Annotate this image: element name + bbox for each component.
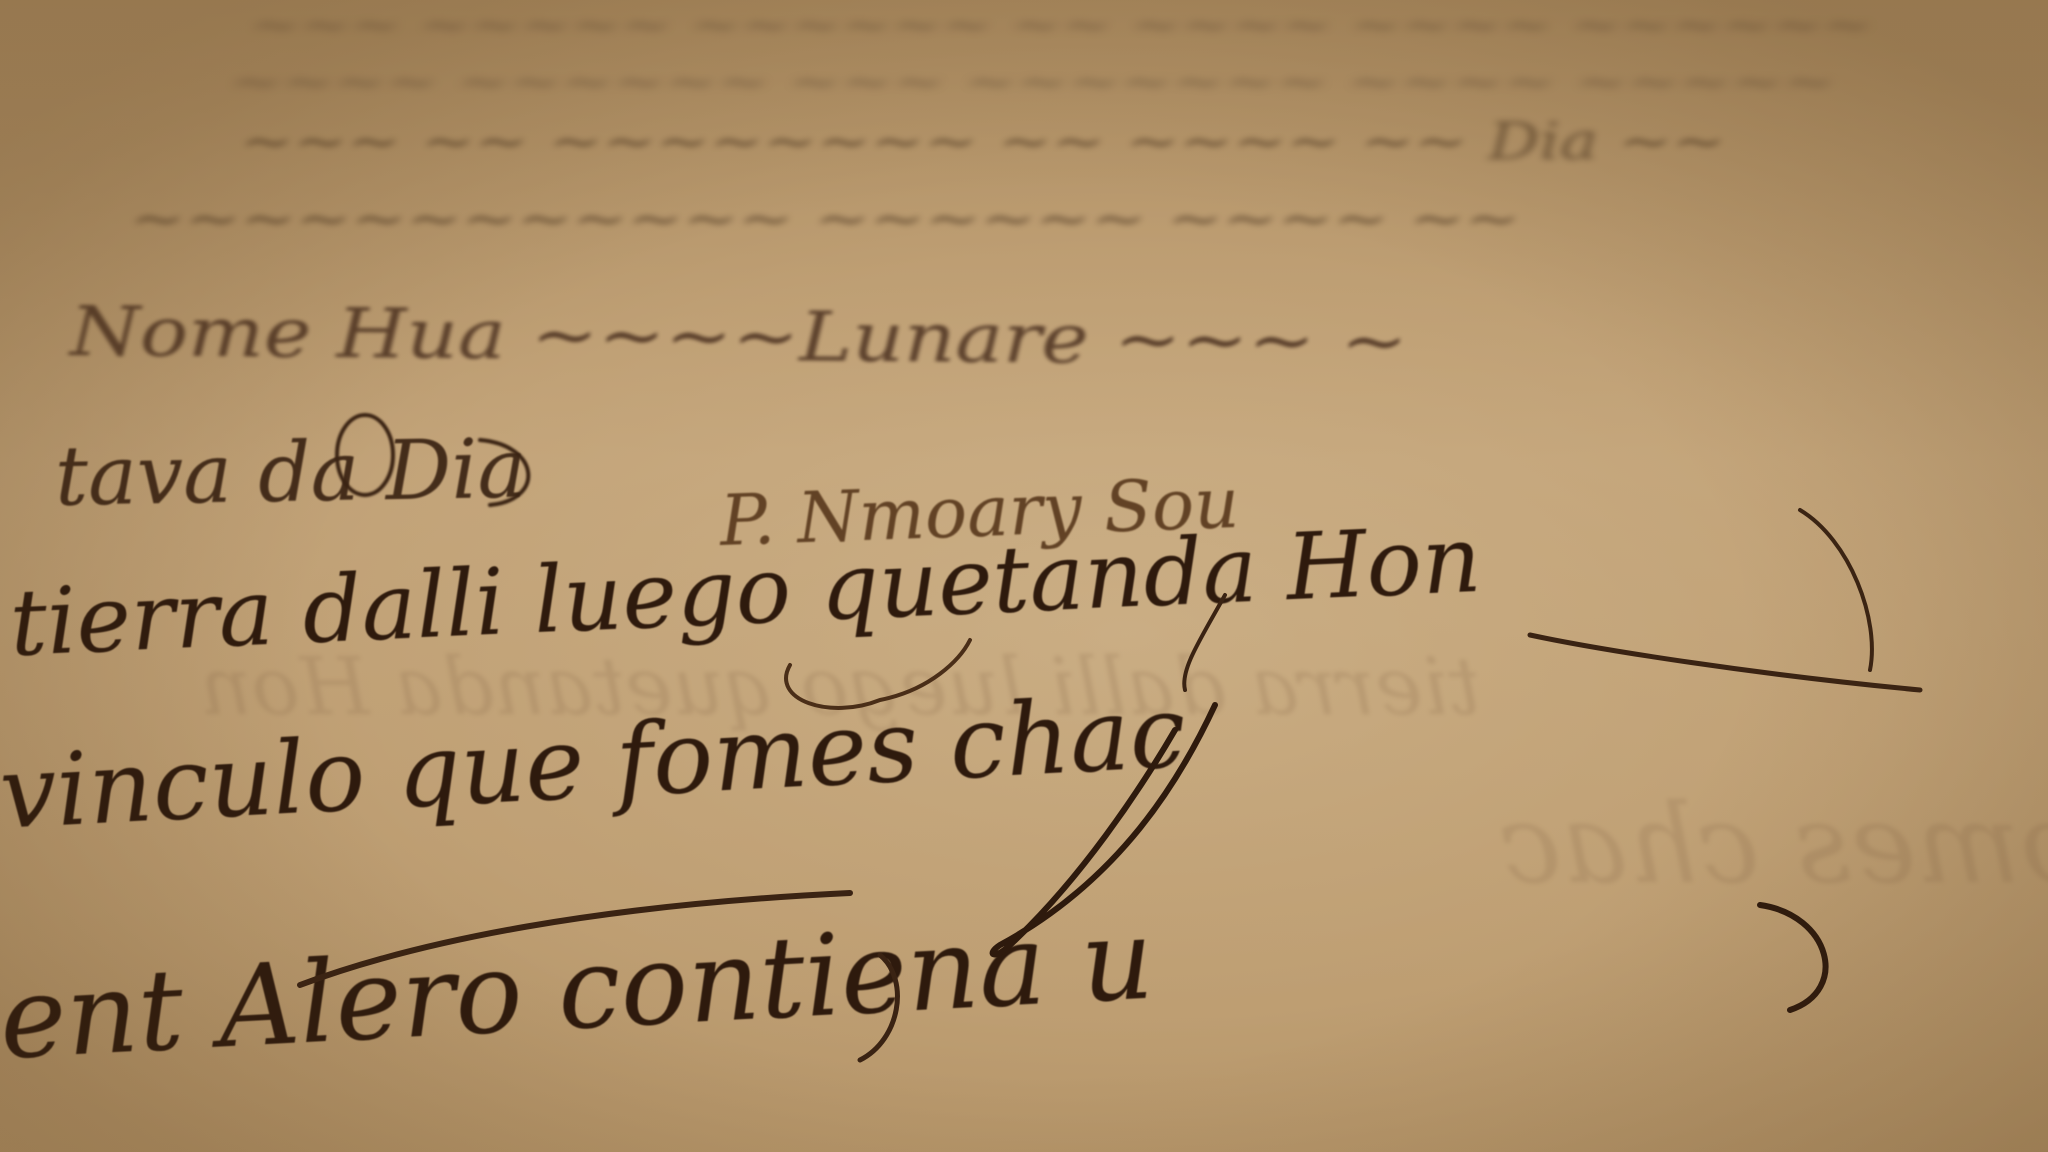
manuscript-line-1: ~~~ ~~~~~ ~~~~~~ ~~ ~~~~ ~~~~ ~~~~~~ bbox=[250, 0, 1873, 51]
ink-bleed-through: vinculo que fomes chac bbox=[1500, 780, 2048, 908]
manuscript-line-2: ~~~~ ~~~~~~ ~~~ ~~~~~~~ ~~~~ ~~~~~ bbox=[230, 54, 1835, 109]
manuscript-line-3: ~~~ ~~ ~~~~~~~~ ~~ ~~~~ ~~ Dia ~~ bbox=[240, 112, 1726, 171]
manuscript-line-6: tava da Dia bbox=[54, 422, 527, 525]
manuscript-line-5: Nome Hua ~~~~Lunare ~~~ ~ bbox=[70, 292, 1409, 381]
manuscript-line-4: ~~~~~~~~~~~~ ~~~~~~ ~~~~ ~~ bbox=[130, 188, 1520, 250]
